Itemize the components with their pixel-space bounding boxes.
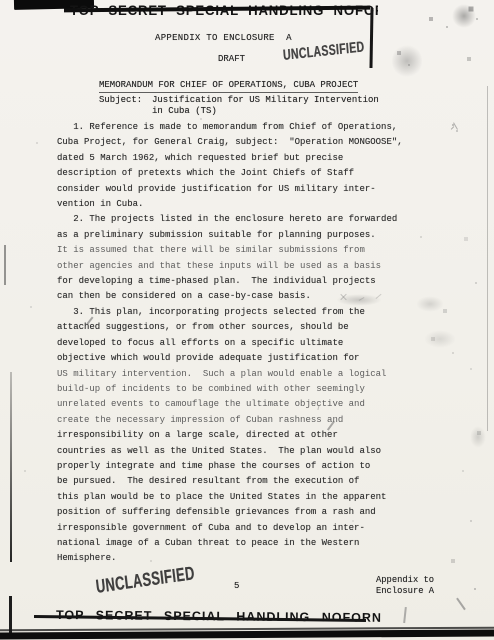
appendix-reference-line: Appendix to [376, 575, 434, 586]
appendix-reference-line: Enclosure A [376, 586, 434, 597]
body-line: can then be considered on a case-by-case… [57, 289, 437, 304]
stamp-box-bracket-line [369, 8, 373, 68]
body-line: Cuba Project, for General Craig, subject… [57, 135, 437, 150]
body-line: for developing a time-phased plan. The i… [57, 274, 437, 289]
body-line: US military intervention. Such a plan wo… [57, 367, 437, 382]
scan-smudge [392, 44, 422, 78]
body-line: Hemisphere. [57, 551, 437, 566]
memo-body: 1. Reference is made to memorandum from … [57, 120, 437, 567]
pencil-check-mark [451, 126, 455, 130]
unclassified-stamp-top: UNCLASSIFIED [282, 38, 365, 63]
scan-smudge [452, 4, 476, 28]
body-line: vention in Cuba. [57, 197, 437, 212]
body-line: irresponsibility on a large scale, direc… [57, 428, 437, 443]
scan-edge-line-right [487, 86, 488, 431]
body-line: as a preliminary submission suitable for… [57, 228, 437, 243]
body-line: be pursued. The desired resultant from t… [57, 474, 437, 489]
body-line: this plan would be to place the United S… [57, 490, 437, 505]
scanned-memo-page: TOP SECRET SPECIAL HANDLING NOFORN APPEN… [0, 0, 494, 640]
memo-title: MEMORANDUM FOR CHIEF OF OPERATIONS, CUBA… [99, 80, 358, 93]
unclassified-stamp-bottom: UNCLASSIFIED [95, 563, 196, 599]
body-line: 3. This plan, incorporating projects sel… [57, 305, 437, 320]
body-line: description of pretexts which the Joint … [57, 166, 437, 181]
subject-line: Justification for US Military Interventi… [152, 95, 379, 106]
body-line: other agencies and that these inputs wil… [57, 259, 437, 274]
top-secret-banner-top: TOP SECRET SPECIAL HANDLING NOFORN [64, 2, 378, 24]
appendix-reference: Appendix to Enclosure A [376, 575, 434, 596]
body-line: attached suggestions, or from other sour… [57, 320, 437, 335]
subject-value: Justification for US Military Interventi… [152, 95, 379, 117]
body-line: 1. Reference is made to memorandum from … [57, 120, 437, 135]
subject-label: Subject: [99, 95, 142, 105]
appendix-header: APPENDIX TO ENCLOSURE A [155, 33, 292, 43]
body-line: unrelated events to camouflage the ultim… [57, 397, 437, 412]
body-line: properly integrate and time phase the co… [57, 459, 437, 474]
body-line: 2. The projects listed in the enclosure … [57, 212, 437, 227]
body-line: position of suffering defensible grievan… [57, 505, 437, 520]
body-line: countries as well as the United States. … [57, 444, 437, 459]
body-line: dated 5 March 1962, which requested brie… [57, 151, 437, 166]
scan-smudge [470, 426, 486, 448]
page-number: 5 [234, 581, 239, 591]
body-line: objective which would provide adequate j… [57, 351, 437, 366]
pencil-slash-mark [456, 598, 465, 610]
subject-line: in Cuba (TS) [152, 106, 379, 117]
scan-noise-speckles [0, 0, 2, 2]
scan-edge-line-left-lower [10, 372, 12, 562]
body-line: build-up of incidents to be combined wit… [57, 382, 437, 397]
body-line: developed to focus all efforts on a spec… [57, 336, 437, 351]
draft-label: DRAFT [218, 54, 245, 64]
body-line: consider would provide justification for… [57, 182, 437, 197]
body-line: irresponsible government of Cuba and to … [57, 521, 437, 536]
body-line: national image of a Cuban threat to peac… [57, 536, 437, 551]
body-line: create the necessary impression of Cuban… [57, 413, 437, 428]
body-line: It is assumed that there will be similar… [57, 243, 437, 258]
pencil-tick-mark [403, 607, 406, 623]
scan-edge-line-left-upper [4, 245, 6, 285]
scan-bottom-black-bar [0, 629, 494, 639]
